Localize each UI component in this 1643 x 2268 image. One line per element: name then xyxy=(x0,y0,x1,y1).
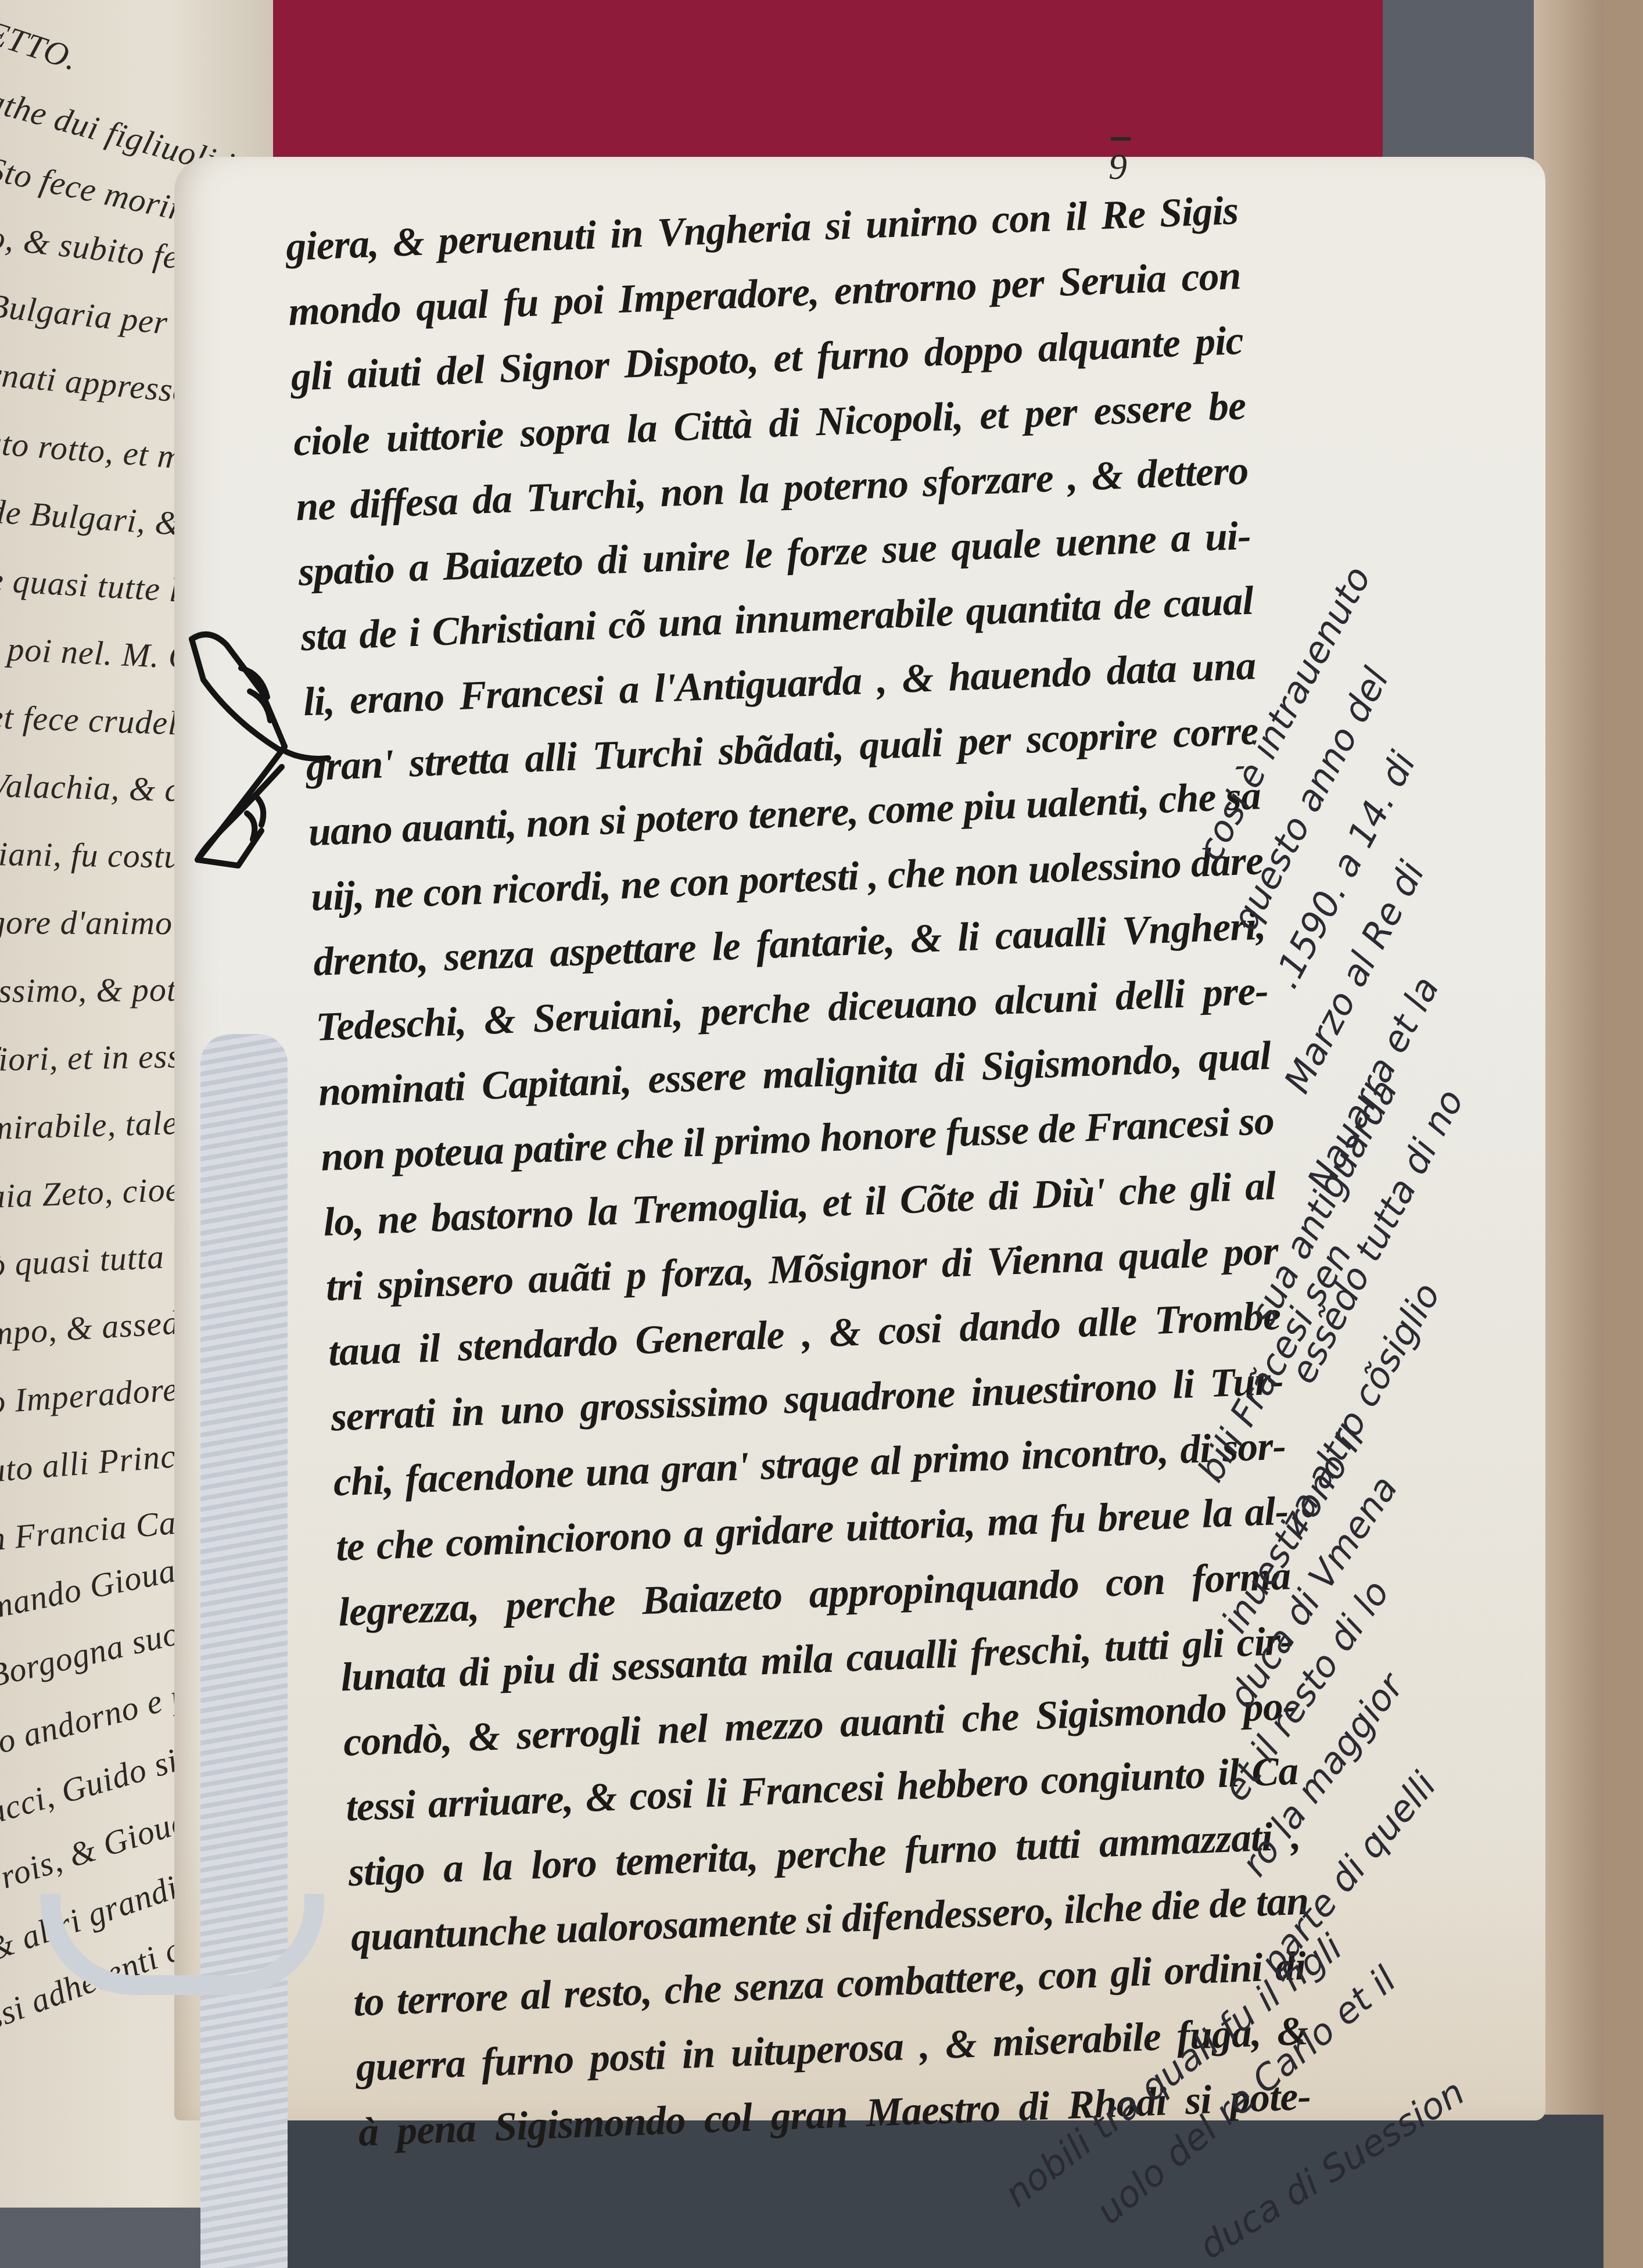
left-page-text-line: ETTO. xyxy=(0,13,83,78)
printed-text-block: giera, & peruenuti in Vngheria si unirno… xyxy=(285,178,1312,2165)
ribbon-bookmark xyxy=(200,1034,288,2268)
ribbon-bookmark-loop xyxy=(41,1894,324,1995)
vellum-binding xyxy=(1603,0,1643,2268)
red-cloth-background xyxy=(163,0,1383,174)
vellum-binding-edge xyxy=(1534,0,1615,2115)
page-number: 9 xyxy=(1109,145,1127,188)
manicule-pointing-hand-icon xyxy=(180,604,331,883)
